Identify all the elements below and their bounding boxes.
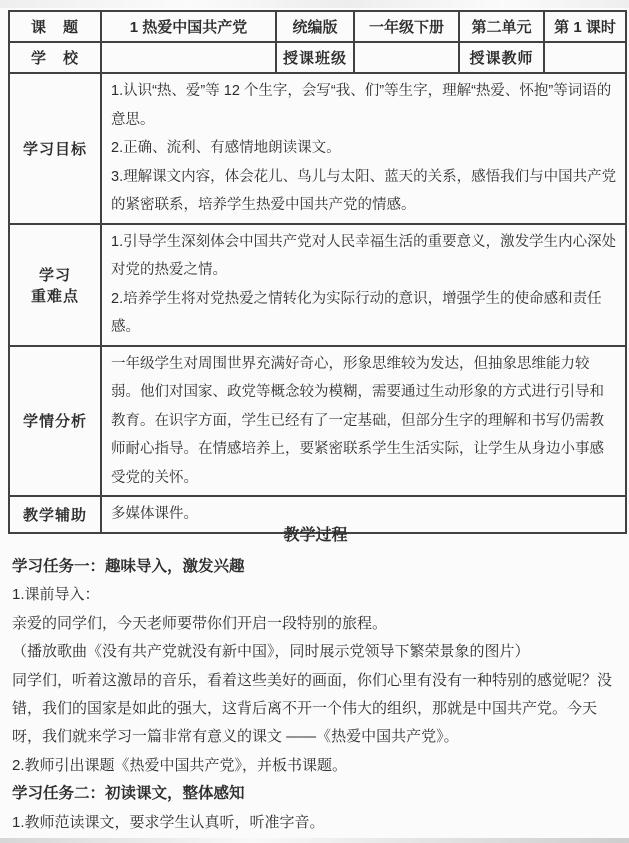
table-row-key-points: 学习 重难点 1.引导学生深刻体会中国共产党对人民幸福生活的重要意义，激发学生内…: [9, 224, 626, 346]
teacher-label: 授课教师: [459, 42, 544, 73]
topic-label: 课 题: [9, 11, 101, 42]
task-heading-1: 学习任务一：趣味导入，激发兴趣: [12, 553, 619, 581]
school-label: 学 校: [9, 42, 101, 73]
process-paragraph: 2.教师引出课题《热爱中国共产党》，并板书课题。: [12, 752, 619, 780]
edition-value: 统编版: [276, 11, 354, 42]
student-analysis-content: 一年级学生对周围世界充满好奇心，形象思维较为发达，但抽象思维能力较弱。他们对国家…: [101, 346, 626, 497]
process-paragraph: 同学们，听着这激昂的音乐，看着这些美好的画面，你们心里有没有一种特别的感觉呢？没…: [12, 667, 619, 752]
objectives-label: 学习目标: [9, 73, 101, 224]
school-value-cell: [101, 42, 276, 73]
key-points-content: 1.引导学生深刻体会中国共产党对人民幸福生活的重要意义，激发学生内心深处对党的热…: [101, 224, 626, 346]
topic-value: 1 热爱中国共产党: [101, 11, 276, 42]
student-analysis-text: 一年级学生对周围世界充满好奇心，形象思维较为发达，但抽象思维能力较弱。他们对国家…: [111, 350, 617, 493]
process-paragraph: 1.课前导入：: [12, 581, 619, 609]
teaching-process-section: 教学过程 学习任务一：趣味导入，激发兴趣 1.课前导入： 亲爱的同学们，今天老师…: [12, 522, 619, 837]
lesson-plan-document: 课 题 1 热爱中国共产党 统编版 一年级下册 第二单元 第 1 课时 学 校 …: [0, 0, 629, 843]
table-row-objectives: 学习目标 1.认识“热、爱”等 12 个生字，会写“我、们”等生字，理解“热爱、…: [9, 73, 626, 224]
table-row-student-analysis: 学情分析 一年级学生对周围世界充满好奇心，形象思维较为发达，但抽象思维能力较弱。…: [9, 346, 626, 497]
objective-item: 3.理解课文内容，体会花儿、鸟儿与太阳、蓝天的关系，感悟我们与中国共产党的紧密联…: [111, 163, 617, 220]
table-row-topic: 课 题 1 热爱中国共产党 统编版 一年级下册 第二单元 第 1 课时: [9, 11, 626, 42]
process-paragraph: 1.教师范读课文，要求学生认真听，听准字音。: [12, 809, 619, 837]
grade-value: 一年级下册: [354, 11, 459, 42]
key-point-item: 2.培养学生将对党热爱之情转化为实际行动的意识，增强学生的使命感和责任感。: [111, 285, 617, 342]
objective-item: 1.认识“热、爱”等 12 个生字，会写“我、们”等生字，理解“热爱、怀抱”等词…: [111, 77, 617, 134]
objective-item: 2.正确、流利、有感情地朗读课文。: [111, 134, 617, 163]
teacher-value-cell: [544, 42, 626, 73]
student-analysis-label: 学情分析: [9, 346, 101, 497]
process-paragraph: （播放歌曲《没有共产党就没有新中国》，同时展示党领导下繁荣景象的图片）: [12, 638, 619, 666]
process-paragraph: 亲爱的同学们，今天老师要带你们开启一段特别的旅程。: [12, 610, 619, 638]
class-value-cell: [354, 42, 459, 73]
objectives-content: 1.认识“热、爱”等 12 个生字，会写“我、们”等生字，理解“热爱、怀抱”等词…: [101, 73, 626, 224]
class-label: 授课班级: [276, 42, 354, 73]
period-value: 第 1 课时: [544, 11, 626, 42]
key-point-item: 1.引导学生深刻体会中国共产党对人民幸福生活的重要意义，激发学生内心深处对党的热…: [111, 228, 617, 285]
task-heading-2: 学习任务二：初读课文，整体感知: [12, 780, 619, 808]
table-row-school: 学 校 授课班级 授课教师: [9, 42, 626, 73]
lesson-info-table: 课 题 1 热爱中国共产党 统编版 一年级下册 第二单元 第 1 课时 学 校 …: [8, 10, 627, 534]
unit-value: 第二单元: [459, 11, 544, 42]
process-title: 教学过程: [12, 522, 619, 550]
key-points-label: 学习 重难点: [9, 224, 101, 346]
